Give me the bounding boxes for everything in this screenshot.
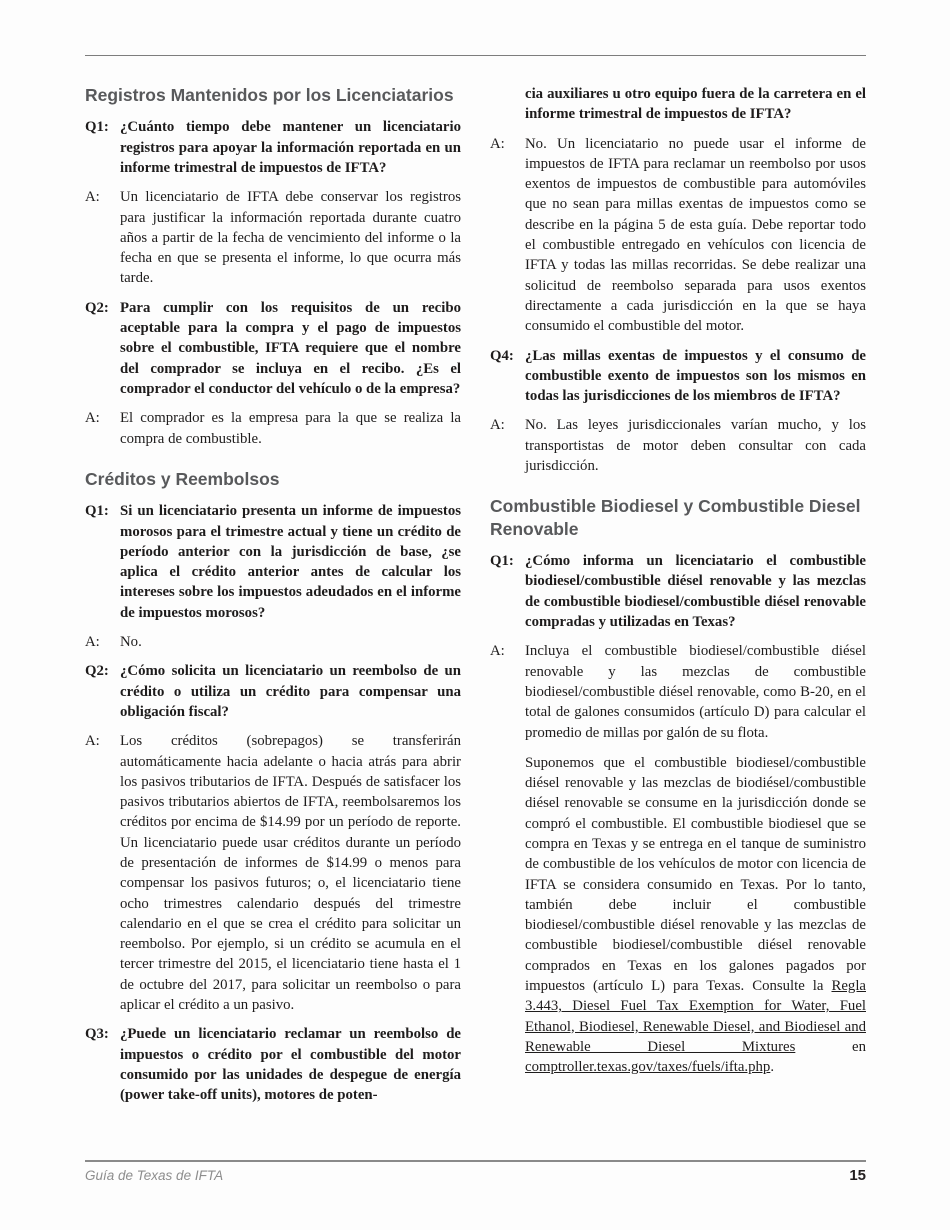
qa-biodiesel-q1: Q1: ¿Cómo informa un licenciatario el co… <box>490 551 866 632</box>
footer-rule <box>85 1160 866 1162</box>
question-text-continuation: cia auxiliares u otro equipo fuera de la… <box>525 84 866 125</box>
qa-records-q1: Q1: ¿Cuánto tiempo debe mantener un lice… <box>85 117 461 178</box>
comptroller-url-link[interactable]: comptroller.texas.gov/taxes/fuels/ifta.p… <box>525 1059 770 1075</box>
qa-records-a1: A: Un licenciatario de IFTA debe conserv… <box>85 187 461 288</box>
answer-text: No. Las leyes jurisdiccionales varían mu… <box>525 415 866 476</box>
question-text: Para cumplir con los requisitos de un re… <box>120 298 461 399</box>
question-text: Si un licenciatario presenta un informe … <box>120 501 461 623</box>
qa-credits-q1: Q1: Si un licenciatario presenta un info… <box>85 501 461 623</box>
answer-label: A: <box>85 731 120 1015</box>
answer-text-segment: Suponemos que el combustible biodiesel/c… <box>525 755 866 994</box>
question-label: Q1: <box>85 501 120 623</box>
footer-document-title: Guía de Texas de IFTA <box>85 1168 223 1183</box>
answer-label: A: <box>490 134 525 337</box>
question-label: Q1: <box>490 551 525 632</box>
qa-credits-q4: Q4: ¿Las millas exentas de impuestos y e… <box>490 346 866 407</box>
answer-paragraph-2: Suponemos que el combustible biodiesel/c… <box>525 753 866 1078</box>
qa-biodiesel-a1: A: Incluya el combustible biodiesel/comb… <box>490 641 866 1077</box>
question-text: ¿Las millas exentas de impuestos y el co… <box>525 346 866 407</box>
question-text: ¿Cómo informa un licenciatario el combus… <box>525 551 866 632</box>
right-column: cia auxiliares u otro equipo fuera de la… <box>490 84 866 1115</box>
qa-credits-q3: Q3: ¿Puede un licenciatario reclamar un … <box>85 1024 461 1105</box>
answer-body: Incluya el combustible biodiesel/combust… <box>525 641 866 1077</box>
answer-text-segment: . <box>770 1059 774 1075</box>
qa-records-a2: A: El comprador es la empresa para la qu… <box>85 408 461 449</box>
answer-text-segment: en <box>795 1039 866 1055</box>
question-label: Q2: <box>85 661 120 722</box>
question-label: Q3: <box>85 1024 120 1105</box>
answer-label: A: <box>490 641 525 1077</box>
question-text: ¿Cómo solicita un licenciatario un reemb… <box>120 661 461 722</box>
question-label: Q4: <box>490 346 525 407</box>
left-column: Registros Mantenidos por los Licenciatar… <box>85 84 461 1115</box>
section-heading-records: Registros Mantenidos por los Licenciatar… <box>85 84 461 106</box>
answer-label: A: <box>85 408 120 449</box>
qa-credits-a3: A: No. Un licenciatario no puede usar el… <box>490 134 866 337</box>
qa-credits-a2: A: Los créditos (sobrepagos) se transfer… <box>85 731 461 1015</box>
section-heading-credits: Créditos y Reembolsos <box>85 468 461 490</box>
answer-text: Los créditos (sobrepagos) se transferirá… <box>120 731 461 1015</box>
qa-credits-q2: Q2: ¿Cómo solicita un licenciatario un r… <box>85 661 461 722</box>
qa-credits-a4: A: No. Las leyes jurisdiccionales varían… <box>490 415 866 476</box>
section-heading-biodiesel: Combustible Biodiesel y Combustible Dies… <box>490 495 866 540</box>
qa-credits-q3-continuation: cia auxiliares u otro equipo fuera de la… <box>490 84 866 125</box>
page-content: Registros Mantenidos por los Licenciatar… <box>85 84 866 1115</box>
question-label: Q1: <box>85 117 120 178</box>
footer-page-number: 15 <box>849 1167 866 1184</box>
qa-credits-a1: A: No. <box>85 632 461 652</box>
question-label: Q2: <box>85 298 120 399</box>
answer-text: No. <box>120 632 142 652</box>
answer-label: A: <box>490 415 525 476</box>
document-page: Registros Mantenidos por los Licenciatar… <box>0 0 950 1230</box>
question-text: ¿Cuánto tiempo debe mantener un licencia… <box>120 117 461 178</box>
answer-text: El comprador es la empresa para la que s… <box>120 408 461 449</box>
question-text: ¿Puede un licenciatario reclamar un reem… <box>120 1024 461 1105</box>
answer-text: Un licenciatario de IFTA debe conservar … <box>120 187 461 288</box>
header-rule <box>85 55 866 56</box>
page-footer: Guía de Texas de IFTA 15 <box>85 1167 866 1184</box>
answer-label: A: <box>85 632 120 652</box>
answer-text: No. Un licenciatario no puede usar el in… <box>525 134 866 337</box>
answer-paragraph-1: Incluya el combustible biodiesel/combust… <box>525 641 866 742</box>
answer-label: A: <box>85 187 120 288</box>
qa-records-q2: Q2: Para cumplir con los requisitos de u… <box>85 298 461 399</box>
